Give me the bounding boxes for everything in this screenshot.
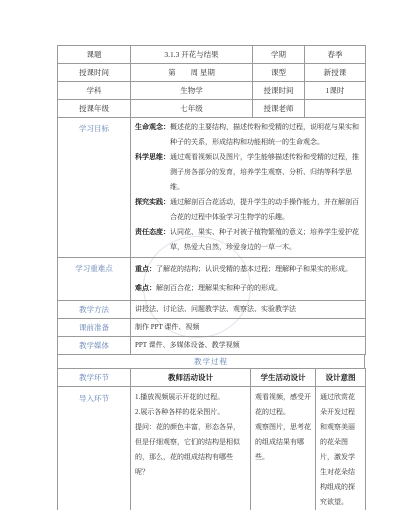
teaching-time-label: 授课时间 <box>58 64 131 82</box>
details-table: 学习目标 生命观念：概述花的主要结构，描述传粉和受精的过程，说明花与果实和种子的… <box>57 117 366 355</box>
lesson-type-label: 课型 <box>253 64 305 82</box>
goal-text: 认同花、果实、种子对被子植物繁殖的意义；培养学生爱护花草，热爱大自然，珍爱身边的… <box>170 228 359 251</box>
semester-value: 春季 <box>305 46 366 64</box>
process-row: 导入环节 1.播放视频展示开花的过程。 2.展示各种各样的花朵图片。 提问：花的… <box>58 387 366 510</box>
preparation-value: 制作 PPT 课件、视频 <box>131 319 366 337</box>
key-point-term: 难点： <box>135 284 156 292</box>
design-intent-cell: 通过欣赏花朵开发过程和观察美丽的花朵图片，激发学生对花朵结构组成的探究欲望。 <box>316 387 366 510</box>
header-table: 课题 3.1.3 开花与结果 学期 春季 授课时间 第 周 星期 课型 新授课 … <box>57 45 366 118</box>
teacher-label: 授课老师 <box>253 100 305 118</box>
grade-label: 授课年级 <box>58 100 131 118</box>
teacher-activity-cell: 1.播放视频展示开花的过程。 2.展示各种各样的花朵图片。 提问：花的颜色丰富，… <box>131 387 251 510</box>
student-activity-line: 观察图片，思考花的组成结果有哪些。 <box>255 420 311 465</box>
teacher-activity-line: 1.播放视频展示开花的过程。 <box>135 390 246 405</box>
table-row: 课前准备 制作 PPT 课件、视频 <box>58 319 366 337</box>
column-header-intent: 设计意图 <box>316 369 366 387</box>
goal-item: 责任态度：认同花、果实、种子对被子植物繁殖的意义；培养学生爱护花草，热爱大自然，… <box>135 225 361 255</box>
teacher-activity-line: 提问：花的颜色丰富，形态各异，但是仔细观察，它们的结构是相似的，那么，花的组成结… <box>135 420 246 480</box>
stage-name: 导入环节 <box>58 387 131 510</box>
goal-text: 通过观看视频以及图片，学生能够描述传粉和受精的过程，推测子房各部分的发育，培养学… <box>170 153 359 191</box>
table-row: 授课年级 七年级 授课老师 <box>58 100 366 118</box>
goal-item: 探究实践：通过解剖百合花活动，提升学生的动手操作能力，并在解剖百合花的过程中体验… <box>135 195 361 225</box>
process-table: 教学环节 教师活动设计 学生活动设计 设计意图 导入环节 1.播放视频展示开花的… <box>57 368 366 510</box>
column-header-student: 学生活动设计 <box>251 369 316 387</box>
semester-label: 学期 <box>253 46 305 64</box>
key-point-text: 了解花的结构；认识受精的基本过程；理解种子和果实的形成。 <box>156 265 352 273</box>
teaching-methods-label: 教学方法 <box>58 301 131 319</box>
course-title-label: 课题 <box>58 46 131 64</box>
teaching-media-value: PPT 课件、多媒体设备、教学视频 <box>131 337 366 355</box>
teaching-methods-value: 讲授法、讨论法、问题教学法、观察法、实验教学法 <box>131 301 366 319</box>
goal-term: 生命观念： <box>135 123 170 131</box>
key-points-content: 重点：了解花的结构；认识受精的基本过程；理解种子和果实的形成。 难点：解剖百合花… <box>131 258 366 301</box>
teaching-media-label: 教学媒体 <box>58 337 131 355</box>
lesson-type-value: 新授课 <box>305 64 366 82</box>
grade-value: 七年级 <box>131 100 253 118</box>
subject-label: 学科 <box>58 82 131 100</box>
teacher-activity-line: 2.展示各种各样的花朵图片。 <box>135 405 246 420</box>
key-point-item: 重点：了解花的结构；认识受精的基本过程；理解种子和果实的形成。 <box>135 260 361 279</box>
student-activity-line: 观看视频，感受开花的过程。 <box>255 390 311 420</box>
key-points-label: 学习重难点 <box>58 258 131 301</box>
lesson-plan-document: 课题 3.1.3 开花与结果 学期 春季 授课时间 第 周 星期 课型 新授课 … <box>57 45 365 510</box>
process-banner-table: 教学过程 <box>57 354 365 369</box>
learning-goals-content: 生命观念：概述花的主要结构，描述传粉和受精的过程，说明花与果实和种子的关系，形成… <box>131 118 366 258</box>
key-point-item: 难点：解剖百合花；理解果实和种子的的形成。 <box>135 279 361 298</box>
goal-text: 概述花的主要结构，描述传粉和受精的过程，说明花与果实和种子的关系，形成结构和功能… <box>170 123 359 146</box>
lesson-plan-page: 课题 3.1.3 开花与结果 学期 春季 授课时间 第 周 星期 课型 新授课 … <box>0 0 400 510</box>
process-title: 教学过程 <box>58 355 365 369</box>
subject-value: 生物学 <box>131 82 253 100</box>
table-row: 教学媒体 PPT 课件、多媒体设备、教学视频 <box>58 337 366 355</box>
goal-text: 通过解剖百合花活动，提升学生的动手操作能力，并在解剖百合花的过程中体验学习生物学… <box>170 198 359 221</box>
table-row: 授课时间 第 周 星期 课型 新授课 <box>58 64 366 82</box>
table-row: 学习重难点 重点：了解花的结构；认识受精的基本过程；理解种子和果实的形成。 难点… <box>58 258 366 301</box>
goal-item: 生命观念：概述花的主要结构，描述传粉和受精的过程，说明花与果实和种子的关系，形成… <box>135 120 361 150</box>
table-row: 学习目标 生命观念：概述花的主要结构，描述传粉和受精的过程，说明花与果实和种子的… <box>58 118 366 258</box>
goal-term: 科学思维： <box>135 153 170 161</box>
student-activity-cell: 观看视频，感受开花的过程。 观察图片，思考花的组成结果有哪些。 <box>251 387 316 510</box>
table-row: 课题 3.1.3 开花与结果 学期 春季 <box>58 46 366 64</box>
column-header-stage: 教学环节 <box>58 369 131 387</box>
teaching-time-value: 第 周 星期 <box>131 64 253 82</box>
table-row: 教学过程 <box>58 355 365 369</box>
table-row: 学科 生物学 授课时间 1课时 <box>58 82 366 100</box>
course-title-value: 3.1.3 开花与结果 <box>131 46 253 64</box>
preparation-label: 课前准备 <box>58 319 131 337</box>
table-row: 教学方法 讲授法、讨论法、问题教学法、观察法、实验教学法 <box>58 301 366 319</box>
goal-term: 探究实践： <box>135 198 170 206</box>
class-hours-label: 授课时间 <box>253 82 305 100</box>
column-header-teacher: 教师活动设计 <box>131 369 251 387</box>
key-point-term: 重点： <box>135 265 156 273</box>
design-intent-text: 通过欣赏花朵开发过程和观察美丽的花朵图片，激发学生对花朵结构组成的探究欲望。 <box>320 390 361 510</box>
teacher-value <box>305 100 366 118</box>
class-hours-value: 1课时 <box>305 82 366 100</box>
learning-goals-label: 学习目标 <box>58 118 131 258</box>
process-header-row: 教学环节 教师活动设计 学生活动设计 设计意图 <box>58 369 366 387</box>
key-point-text: 解剖百合花；理解果实和种子的的形成。 <box>156 284 282 292</box>
goal-term: 责任态度： <box>135 228 170 236</box>
goal-item: 科学思维：通过观看视频以及图片，学生能够描述传粉和受精的过程，推测子房各部分的发… <box>135 150 361 195</box>
